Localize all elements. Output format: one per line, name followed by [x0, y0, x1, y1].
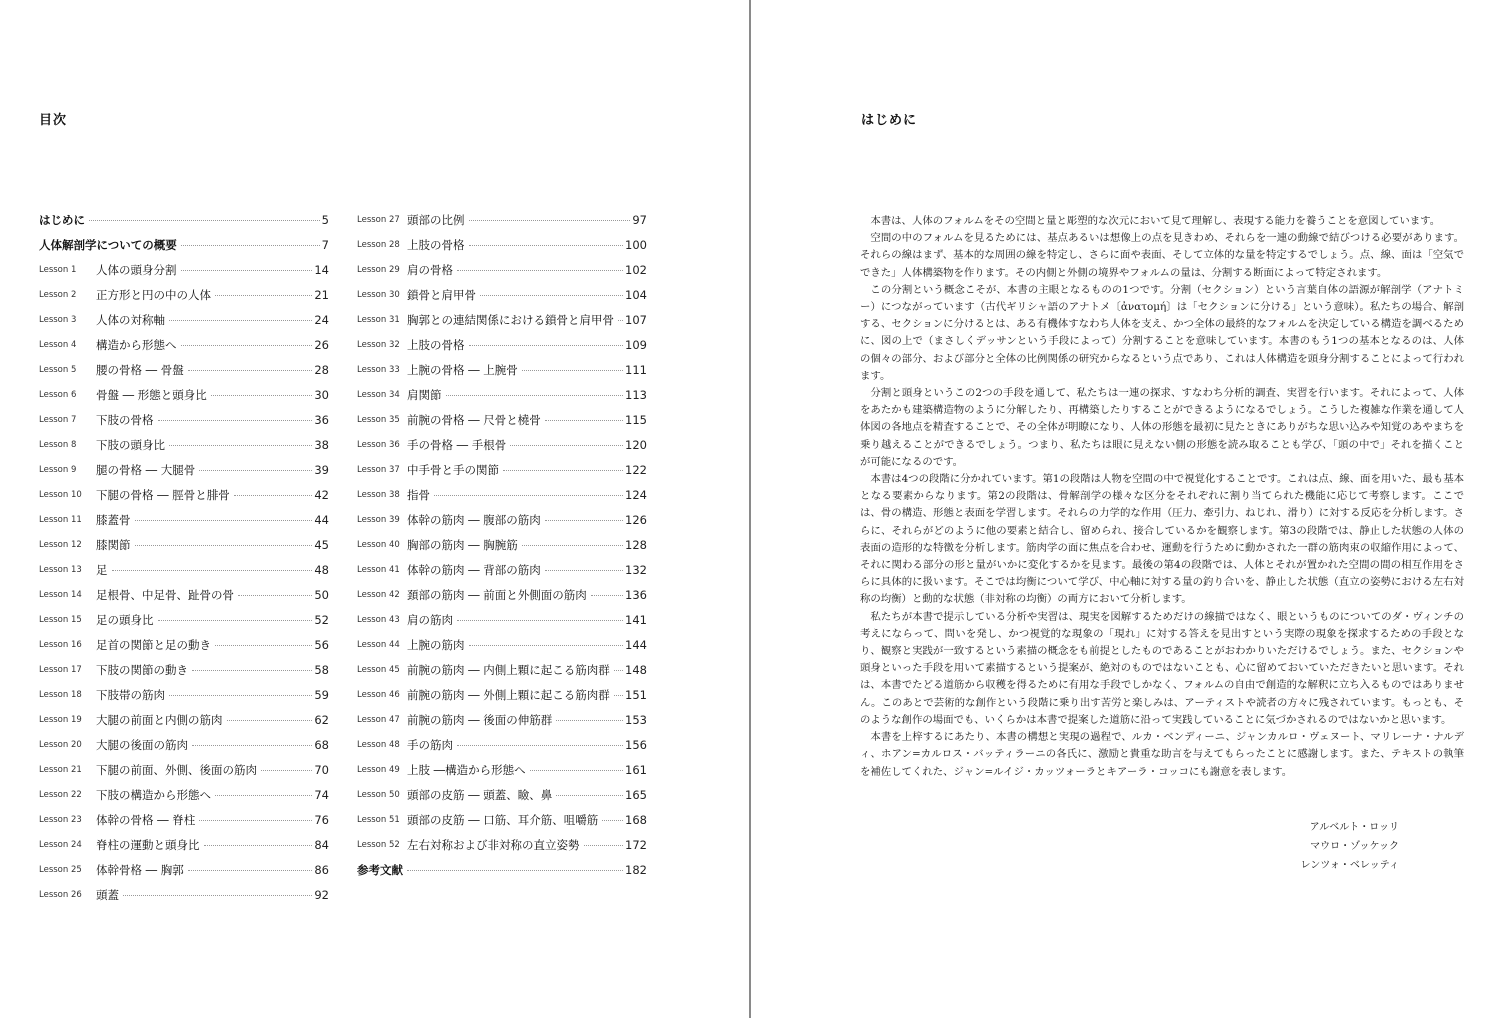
toc-dotted-leader — [123, 895, 312, 896]
toc-dotted-leader — [158, 620, 313, 621]
toc-page-number: 45 — [314, 538, 329, 552]
toc-dotted-leader — [556, 795, 623, 796]
toc-lesson-number: Lesson 8 — [39, 440, 96, 450]
toc-title: はじめに — [39, 212, 85, 228]
toc-entry[interactable]: Lesson 50頭部の皮筋 ― 頭蓋、瞼、鼻165 — [357, 782, 647, 807]
toc-entry[interactable]: Lesson 45前腕の筋肉 ― 内側上顆に起こる筋肉群148 — [357, 657, 647, 682]
toc-title: 頭部の皮筋 ― 頭蓋、瞼、鼻 — [407, 787, 552, 803]
toc-entry[interactable]: Lesson 3人体の対称軸24 — [39, 307, 329, 332]
toc-page-number: 70 — [314, 763, 329, 777]
toc-entry[interactable]: 人体解剖学についての概要7 — [39, 232, 329, 257]
toc-entry[interactable]: Lesson 27頭部の比例97 — [357, 207, 647, 232]
toc-entry[interactable]: Lesson 29肩の骨格102 — [357, 257, 647, 282]
toc-lesson-number: Lesson 37 — [357, 465, 407, 475]
toc-page-number: 21 — [314, 288, 329, 302]
toc-entry[interactable]: はじめに5 — [39, 207, 329, 232]
toc-title: 脊柱の運動と頭身比 — [96, 837, 200, 853]
toc-column-right: Lesson 27頭部の比例97Lesson 28上肢の骨格100Lesson … — [357, 207, 647, 882]
toc-page-number: 128 — [625, 538, 647, 552]
toc-lesson-number: Lesson 22 — [39, 790, 96, 800]
toc-entry[interactable]: Lesson 37中手骨と手の関節122 — [357, 457, 647, 482]
toc-dotted-leader — [112, 570, 313, 571]
toc-dotted-leader — [215, 645, 312, 646]
toc-lesson-number: Lesson 35 — [357, 415, 407, 425]
toc-title: 人体解剖学についての概要 — [39, 237, 177, 253]
toc-lesson-number: Lesson 28 — [357, 240, 407, 250]
toc-entry[interactable]: Lesson 1人体の頭身分割14 — [39, 257, 329, 282]
toc-page-number: 122 — [625, 463, 647, 477]
toc-lesson-number: Lesson 14 — [39, 590, 96, 600]
toc-title: 下肢帯の筋肉 — [96, 687, 165, 703]
toc-title: 体幹骨格 ― 胸郭 — [96, 862, 184, 878]
toc-column-left: はじめに5人体解剖学についての概要7Lesson 1人体の頭身分割14Lesso… — [39, 207, 329, 907]
toc-page-number: 86 — [314, 863, 329, 877]
toc-entry[interactable]: Lesson 24脊柱の運動と頭身比84 — [39, 832, 329, 857]
toc-dotted-leader — [135, 545, 313, 546]
toc-lesson-number: Lesson 11 — [39, 515, 96, 525]
toc-dotted-leader — [215, 295, 312, 296]
toc-page-number: 144 — [625, 638, 647, 652]
toc-lesson-number: Lesson 44 — [357, 640, 407, 650]
toc-entry[interactable]: Lesson 6骨盤 ― 形態と頭身比30 — [39, 382, 329, 407]
toc-entry[interactable]: Lesson 5腰の骨格 ― 骨盤28 — [39, 357, 329, 382]
toc-dotted-leader — [135, 520, 313, 521]
toc-page-number: 111 — [625, 363, 647, 377]
toc-dotted-leader — [181, 345, 313, 346]
introduction-paragraph: 分割と頭身というこの2つの手段を通して、私たちは一連の探求、すなわち分析的調査、… — [860, 385, 1464, 471]
toc-entry[interactable]: Lesson 7下肢の骨格36 — [39, 407, 329, 432]
toc-title: 上肢 ―構造から形態へ — [407, 762, 526, 778]
toc-lesson-number: Lesson 9 — [39, 465, 96, 475]
toc-entry[interactable]: Lesson 17下肢の関節の動き58 — [39, 657, 329, 682]
toc-entry[interactable]: Lesson 20大腿の後面の筋肉68 — [39, 732, 329, 757]
toc-title: 胸部の筋肉 ― 胸腕筋 — [407, 537, 518, 553]
toc-entry[interactable]: Lesson 48手の筋肉156 — [357, 732, 647, 757]
toc-title: 手の筋肉 — [407, 737, 453, 753]
toc-title: 指骨 — [407, 487, 430, 503]
toc-page-number: 58 — [314, 663, 329, 677]
toc-page-number: 62 — [314, 713, 329, 727]
toc-title: 肩の筋肉 — [407, 612, 453, 628]
toc-page-number: 36 — [314, 413, 329, 427]
toc-page-number: 102 — [625, 263, 647, 277]
toc-title: 胸郭との連結関係における鎖骨と肩甲骨 — [407, 312, 614, 328]
toc-lesson-number: Lesson 10 — [39, 490, 96, 500]
toc-lesson-number: Lesson 6 — [39, 390, 96, 400]
toc-dotted-leader — [446, 395, 624, 396]
toc-title: 左右対称および非対称の直立姿勢 — [407, 837, 580, 853]
toc-lesson-number: Lesson 15 — [39, 615, 96, 625]
toc-title: 大腿の前面と内側の筋肉 — [96, 712, 223, 728]
toc-title: 下肢の頭身比 — [96, 437, 165, 453]
toc-entry[interactable]: Lesson 49上肢 ―構造から形態へ161 — [357, 757, 647, 782]
toc-entry[interactable]: Lesson 40胸部の筋肉 ― 胸腕筋128 — [357, 532, 647, 557]
toc-title: 人体の頭身分割 — [96, 262, 177, 278]
toc-title: 肩の骨格 — [407, 262, 453, 278]
toc-title: 構造から形態へ — [96, 337, 177, 353]
toc-lesson-number: Lesson 52 — [357, 840, 407, 850]
toc-title: 体幹の骨格 ― 脊柱 — [96, 812, 195, 828]
toc-entry[interactable]: Lesson 42頚部の筋肉 ― 前面と外側面の筋肉136 — [357, 582, 647, 607]
toc-lesson-number: Lesson 34 — [357, 390, 407, 400]
toc-title: 下腿の前面、外側、後面の筋肉 — [96, 762, 257, 778]
toc-dotted-leader — [169, 695, 312, 696]
toc-page: 目次 はじめに5人体解剖学についての概要7Lesson 1人体の頭身分割14Le… — [0, 0, 749, 1018]
toc-title: 肩関節 — [407, 387, 442, 403]
introduction-paragraph: 空間の中のフォルムを見るためには、基点あるいは想像上の点を見きわめ、それらを一連… — [860, 230, 1464, 282]
toc-dotted-leader — [211, 395, 313, 396]
toc-page-number: 100 — [625, 238, 647, 252]
toc-title: 頭部の比例 — [407, 212, 465, 228]
toc-lesson-number: Lesson 33 — [357, 365, 407, 375]
toc-lesson-number: Lesson 51 — [357, 815, 407, 825]
toc-page-number: 107 — [625, 313, 647, 327]
toc-lesson-number: Lesson 40 — [357, 540, 407, 550]
toc-title: 大腿の後面の筋肉 — [96, 737, 188, 753]
toc-page-number: 148 — [625, 663, 647, 677]
toc-lesson-number: Lesson 45 — [357, 665, 407, 675]
toc-page-number: 156 — [625, 738, 647, 752]
toc-title: 上腕の骨格 ― 上腕骨 — [407, 362, 518, 378]
toc-page-number: 38 — [314, 438, 329, 452]
toc-title: 人体の対称軸 — [96, 312, 165, 328]
toc-entry[interactable]: Lesson 25体幹骨格 ― 胸郭86 — [39, 857, 329, 882]
introduction-paragraph: 本書は、人体のフォルムをその空間と量と彫塑的な次元において見て理解し、表現する能… — [860, 213, 1464, 230]
toc-entry[interactable]: Lesson 14足根骨、中足骨、趾骨の骨50 — [39, 582, 329, 607]
toc-entry[interactable]: Lesson 47前腕の筋肉 ― 後面の伸筋群153 — [357, 707, 647, 732]
toc-page-number: 68 — [314, 738, 329, 752]
toc-title: 上肢の骨格 — [407, 337, 465, 353]
author-name: アルベルト・ロッリ — [1301, 818, 1399, 837]
toc-dotted-leader — [510, 445, 623, 446]
toc-dotted-leader — [530, 770, 623, 771]
toc-dotted-leader — [522, 545, 623, 546]
toc-dotted-leader — [199, 820, 312, 821]
toc-page-number: 59 — [314, 688, 329, 702]
toc-title: 中手骨と手の関節 — [407, 462, 499, 478]
toc-page-number: 136 — [625, 588, 647, 602]
toc-entry[interactable]: Lesson 22下肢の構造から形態へ74 — [39, 782, 329, 807]
toc-entry[interactable]: Lesson 9腿の骨格 ― 大腿骨39 — [39, 457, 329, 482]
toc-dotted-leader — [188, 870, 313, 871]
toc-title: 鎖骨と肩甲骨 — [407, 287, 476, 303]
toc-dotted-leader — [469, 245, 624, 246]
toc-lesson-number: Lesson 18 — [39, 690, 96, 700]
toc-entry[interactable]: Lesson 46前腕の筋肉 ― 外側上顆に起こる筋肉群151 — [357, 682, 647, 707]
toc-page-number: 14 — [314, 263, 329, 277]
toc-page-number: 141 — [625, 613, 647, 627]
toc-page-number: 151 — [625, 688, 647, 702]
toc-page-number: 97 — [632, 213, 647, 227]
toc-page-number: 24 — [314, 313, 329, 327]
introduction-paragraph: 本書を上梓するにあたり、本書の構想と実現の過程で、ルカ・ベンディーニ、ジャンカル… — [860, 729, 1464, 781]
author-signature: アルベルト・ロッリマウロ・ゾッケックレンツォ・ベレッティ — [1301, 818, 1399, 875]
toc-entry[interactable]: Lesson 33上腕の骨格 ― 上腕骨111 — [357, 357, 647, 382]
toc-page-number: 74 — [314, 788, 329, 802]
toc-lesson-number: Lesson 5 — [39, 365, 96, 375]
toc-page-number: 165 — [625, 788, 647, 802]
toc-lesson-number: Lesson 38 — [357, 490, 407, 500]
toc-page-number: 132 — [625, 563, 647, 577]
toc-entry[interactable]: Lesson 51頭部の皮筋 ― 口筋、耳介筋、咀嚼筋168 — [357, 807, 647, 832]
toc-lesson-number: Lesson 4 — [39, 340, 96, 350]
toc-title: 足の頭身比 — [96, 612, 154, 628]
toc-lesson-number: Lesson 24 — [39, 840, 96, 850]
toc-entry[interactable]: Lesson 8下肢の頭身比38 — [39, 432, 329, 457]
toc-lesson-number: Lesson 7 — [39, 415, 96, 425]
toc-page-number: 161 — [625, 763, 647, 777]
toc-page-number: 28 — [314, 363, 329, 377]
toc-dotted-leader — [469, 220, 631, 221]
toc-entry[interactable]: Lesson 2正方形と円の中の人体21 — [39, 282, 329, 307]
toc-dotted-leader — [618, 320, 623, 321]
toc-lesson-number: Lesson 47 — [357, 715, 407, 725]
toc-dotted-leader — [261, 770, 312, 771]
toc-entry[interactable]: Lesson 16足首の関節と足の動き56 — [39, 632, 329, 657]
toc-page-number: 168 — [625, 813, 647, 827]
toc-entry[interactable]: Lesson 34肩関節113 — [357, 382, 647, 407]
toc-dotted-leader — [469, 645, 624, 646]
toc-title: 前腕の筋肉 ― 外側上顆に起こる筋肉群 — [407, 687, 610, 703]
toc-dotted-leader — [238, 595, 312, 596]
toc-entry[interactable]: Lesson 28上肢の骨格100 — [357, 232, 647, 257]
toc-title: 膝関節 — [96, 537, 131, 553]
toc-lesson-number: Lesson 41 — [357, 565, 407, 575]
toc-entry[interactable]: Lesson 44上腕の筋肉144 — [357, 632, 647, 657]
toc-page-number: 109 — [625, 338, 647, 352]
toc-dotted-leader — [545, 520, 623, 521]
toc-lesson-number: Lesson 36 — [357, 440, 407, 450]
toc-entry[interactable]: Lesson 52左右対称および非対称の直立姿勢172 — [357, 832, 647, 857]
toc-lesson-number: Lesson 30 — [357, 290, 407, 300]
toc-dotted-leader — [457, 620, 623, 621]
toc-entry[interactable]: Lesson 39体幹の筋肉 ― 腹部の筋肉126 — [357, 507, 647, 532]
toc-dotted-leader — [556, 720, 623, 721]
introduction-paragraph: この分割という概念こそが、本書の主眼となるものの1つです。分割（セクション）とい… — [860, 282, 1464, 385]
toc-page-number: 26 — [314, 338, 329, 352]
toc-dotted-leader — [457, 745, 623, 746]
toc-dotted-leader — [584, 845, 624, 846]
toc-title: 頭蓋 — [96, 887, 119, 903]
toc-title: 足根骨、中足骨、趾骨の骨 — [96, 587, 234, 603]
toc-entry[interactable]: Lesson 32上肢の骨格109 — [357, 332, 647, 357]
toc-page-number: 50 — [314, 588, 329, 602]
toc-dotted-leader — [434, 495, 623, 496]
toc-lesson-number: Lesson 26 — [39, 890, 96, 900]
toc-lesson-number: Lesson 29 — [357, 265, 407, 275]
toc-dotted-leader — [234, 495, 313, 496]
author-name: マウロ・ゾッケック — [1301, 837, 1399, 856]
toc-dotted-leader — [199, 470, 312, 471]
introduction-heading: はじめに — [861, 109, 917, 128]
toc-page-number: 42 — [314, 488, 329, 502]
toc-dotted-leader — [204, 845, 313, 846]
toc-dotted-leader — [188, 370, 313, 371]
toc-title: 手の骨格 ― 手根骨 — [407, 437, 506, 453]
toc-page-number: 7 — [322, 238, 329, 252]
toc-title: 前腕の筋肉 ― 内側上顆に起こる筋肉群 — [407, 662, 610, 678]
toc-page-number: 153 — [625, 713, 647, 727]
toc-dotted-leader — [181, 270, 313, 271]
toc-lesson-number: Lesson 13 — [39, 565, 96, 575]
toc-page-number: 56 — [314, 638, 329, 652]
toc-entry[interactable]: Lesson 12膝関節45 — [39, 532, 329, 557]
toc-title: 前腕の骨格 ― 尺骨と橈骨 — [407, 412, 541, 428]
toc-dotted-leader — [192, 745, 312, 746]
toc-dotted-leader — [169, 320, 312, 321]
toc-lesson-number: Lesson 48 — [357, 740, 407, 750]
toc-lesson-number: Lesson 23 — [39, 815, 96, 825]
toc-page-number: 92 — [314, 888, 329, 902]
toc-title: 足 — [96, 562, 108, 578]
toc-entry[interactable]: Lesson 10下腿の骨格 ― 脛骨と腓骨42 — [39, 482, 329, 507]
toc-dotted-leader — [545, 420, 623, 421]
toc-title: 骨盤 ― 形態と頭身比 — [96, 387, 207, 403]
toc-entry[interactable]: Lesson 41体幹の筋肉 ― 背部の筋肉132 — [357, 557, 647, 582]
toc-lesson-number: Lesson 16 — [39, 640, 96, 650]
toc-dotted-leader — [192, 670, 312, 671]
toc-title: 腿の骨格 ― 大腿骨 — [96, 462, 195, 478]
toc-lesson-number: Lesson 2 — [39, 290, 96, 300]
toc-dotted-leader — [169, 445, 312, 446]
toc-dotted-leader — [469, 345, 624, 346]
toc-title: 下腿の骨格 ― 脛骨と腓骨 — [96, 487, 230, 503]
toc-page-number: 5 — [322, 213, 329, 227]
toc-title: 下肢の骨格 — [96, 412, 154, 428]
toc-lesson-number: Lesson 32 — [357, 340, 407, 350]
toc-entry[interactable]: Lesson 18下肢帯の筋肉59 — [39, 682, 329, 707]
toc-dotted-leader — [545, 570, 623, 571]
toc-page-number: 52 — [314, 613, 329, 627]
toc-entry[interactable]: Lesson 4構造から形態へ26 — [39, 332, 329, 357]
introduction-paragraph: 私たちが本書で提示している分析や実習は、現実を図解するためだけの線描ではなく、眼… — [860, 609, 1464, 729]
toc-title: 上肢の骨格 — [407, 237, 465, 253]
toc-entry[interactable]: Lesson 19大腿の前面と内側の筋肉62 — [39, 707, 329, 732]
toc-lesson-number: Lesson 20 — [39, 740, 96, 750]
toc-title: 足首の関節と足の動き — [96, 637, 211, 653]
toc-page-number: 115 — [625, 413, 647, 427]
toc-title: 下肢の関節の動き — [96, 662, 188, 678]
toc-dotted-leader — [407, 870, 623, 871]
toc-lesson-number: Lesson 17 — [39, 665, 96, 675]
toc-title: 正方形と円の中の人体 — [96, 287, 211, 303]
toc-lesson-number: Lesson 43 — [357, 615, 407, 625]
toc-lesson-number: Lesson 21 — [39, 765, 96, 775]
toc-page-number: 113 — [625, 388, 647, 402]
toc-heading: 目次 — [39, 109, 67, 128]
toc-dotted-leader — [522, 370, 623, 371]
author-name: レンツォ・ベレッティ — [1301, 856, 1399, 875]
toc-lesson-number: Lesson 50 — [357, 790, 407, 800]
toc-entry[interactable]: Lesson 23体幹の骨格 ― 脊柱76 — [39, 807, 329, 832]
toc-dotted-leader — [215, 795, 312, 796]
toc-lesson-number: Lesson 49 — [357, 765, 407, 775]
toc-page-number: 126 — [625, 513, 647, 527]
toc-title: 腰の骨格 ― 骨盤 — [96, 362, 184, 378]
toc-dotted-leader — [591, 595, 623, 596]
toc-entry[interactable]: Lesson 36手の骨格 ― 手根骨120 — [357, 432, 647, 457]
toc-dotted-leader — [602, 820, 623, 821]
toc-dotted-leader — [480, 295, 623, 296]
toc-page-number: 84 — [314, 838, 329, 852]
toc-dotted-leader — [227, 720, 313, 721]
toc-entry[interactable]: Lesson 26頭蓋92 — [39, 882, 329, 907]
toc-title: 膝蓋骨 — [96, 512, 131, 528]
toc-entry[interactable]: Lesson 31胸郭との連結関係における鎖骨と肩甲骨107 — [357, 307, 647, 332]
toc-title: 体幹の筋肉 ― 背部の筋肉 — [407, 562, 541, 578]
toc-lesson-number: Lesson 27 — [357, 215, 407, 225]
toc-entry[interactable]: Lesson 30鎖骨と肩甲骨104 — [357, 282, 647, 307]
toc-title: 体幹の筋肉 ― 腹部の筋肉 — [407, 512, 541, 528]
toc-entry[interactable]: Lesson 11膝蓋骨44 — [39, 507, 329, 532]
toc-title: 参考文献 — [357, 862, 403, 878]
toc-dotted-leader — [457, 270, 623, 271]
toc-lesson-number: Lesson 42 — [357, 590, 407, 600]
toc-page-number: 120 — [625, 438, 647, 452]
toc-lesson-number: Lesson 12 — [39, 540, 96, 550]
introduction-body: 本書は、人体のフォルムをその空間と量と彫塑的な次元において見て理解し、表現する能… — [860, 213, 1464, 781]
toc-dotted-leader — [614, 670, 623, 671]
toc-lesson-number: Lesson 31 — [357, 315, 407, 325]
toc-entry[interactable]: 参考文献182 — [357, 857, 647, 882]
toc-page-number: 48 — [314, 563, 329, 577]
toc-page-number: 172 — [625, 838, 647, 852]
introduction-paragraph: 本書は4つの段階に分かれています。第1の段階は人物を空間の中で視覚化することです… — [860, 471, 1464, 609]
toc-dotted-leader — [158, 420, 313, 421]
toc-dotted-leader — [614, 695, 623, 696]
toc-lesson-number: Lesson 3 — [39, 315, 96, 325]
toc-entry[interactable]: Lesson 13足48 — [39, 557, 329, 582]
toc-page-number: 124 — [625, 488, 647, 502]
toc-title: 下肢の構造から形態へ — [96, 787, 211, 803]
toc-lesson-number: Lesson 1 — [39, 265, 96, 275]
toc-page-number: 39 — [314, 463, 329, 477]
toc-entry[interactable]: Lesson 15足の頭身比52 — [39, 607, 329, 632]
toc-page-number: 182 — [625, 863, 647, 877]
toc-lesson-number: Lesson 25 — [39, 865, 96, 875]
toc-title: 前腕の筋肉 ― 後面の伸筋群 — [407, 712, 552, 728]
toc-title: 上腕の筋肉 — [407, 637, 465, 653]
toc-entry[interactable]: Lesson 43肩の筋肉141 — [357, 607, 647, 632]
toc-lesson-number: Lesson 19 — [39, 715, 96, 725]
toc-lesson-number: Lesson 39 — [357, 515, 407, 525]
toc-dotted-leader — [89, 220, 320, 221]
toc-page-number: 76 — [314, 813, 329, 827]
toc-dotted-leader — [503, 470, 623, 471]
toc-page-number: 104 — [625, 288, 647, 302]
toc-title: 頭部の皮筋 ― 口筋、耳介筋、咀嚼筋 — [407, 812, 598, 828]
toc-title: 頚部の筋肉 ― 前面と外側面の筋肉 — [407, 587, 587, 603]
toc-entry[interactable]: Lesson 35前腕の骨格 ― 尺骨と橈骨115 — [357, 407, 647, 432]
toc-entry[interactable]: Lesson 38指骨124 — [357, 482, 647, 507]
toc-page-number: 30 — [314, 388, 329, 402]
toc-entry[interactable]: Lesson 21下腿の前面、外側、後面の筋肉70 — [39, 757, 329, 782]
toc-lesson-number: Lesson 46 — [357, 690, 407, 700]
toc-page-number: 44 — [314, 513, 329, 527]
toc-dotted-leader — [181, 245, 320, 246]
